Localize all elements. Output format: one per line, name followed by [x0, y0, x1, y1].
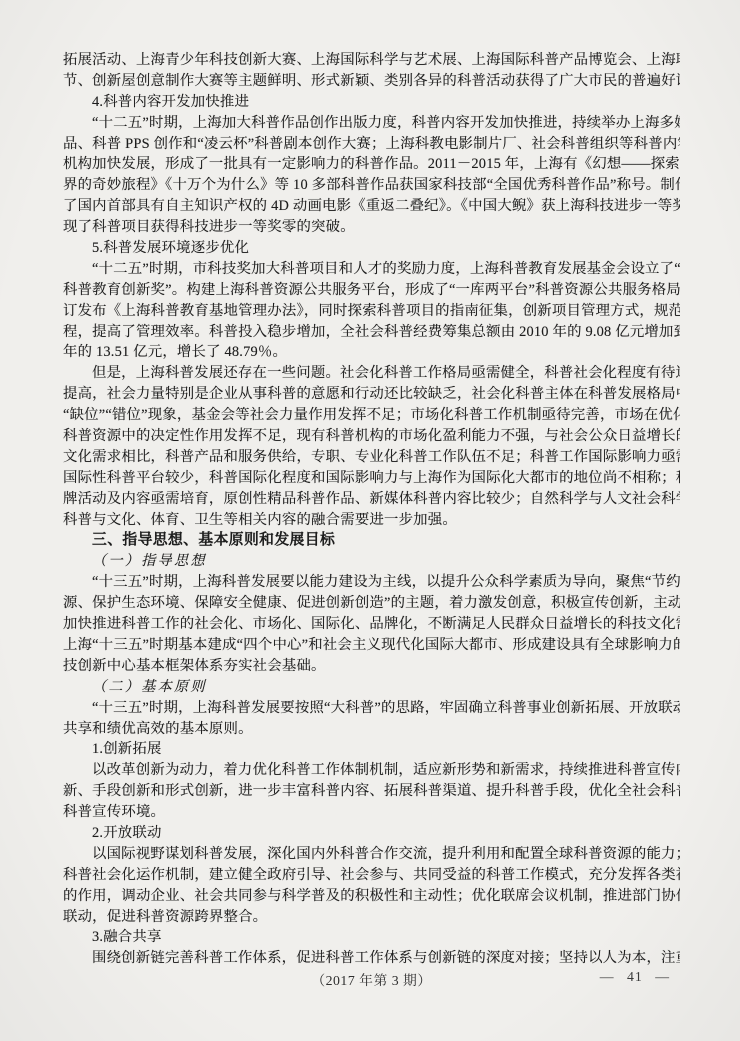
text-line: 界的奇妙旅程》《十万个为什么》等 10 多部科普作品获国家科技部“全国优秀科普作…	[63, 175, 680, 196]
page-footer: （2017 年第 3 期） — 41 —	[63, 969, 680, 990]
text-line: 提高，社会力量特别是企业从事科普的意愿和行动还比较缺乏，社会化科普主体在科普发展…	[63, 384, 680, 405]
numbered-heading: 5.科普发展环境逐步优化	[63, 238, 680, 259]
text-line: 围绕创新链完善科普工作体系，促进科普工作体系与创新链的深度对接；坚持以人为本，注…	[63, 948, 680, 969]
paragraph: 以改革创新为动力，着力优化科普工作体制机制，适应新形势和新需求，持续推进科普宣传…	[63, 760, 680, 823]
numbered-heading: 1.创新拓展	[63, 739, 680, 760]
text-line: 三、指导思想、基本原则和发展目标	[63, 530, 680, 551]
text-line: 2.开放联动	[63, 823, 680, 844]
text-line: 机构加快发展，形成了一批具有一定影响力的科普作品。2011－2015 年，上海有…	[63, 154, 680, 175]
paragraph: 拓展活动、上海青少年科技创新大赛、上海国际科学与艺术展、上海国际科普产品博览会、…	[63, 50, 680, 92]
text-line: 国际性科普平台较少，科普国际化程度和国际影响力与上海作为国际化大都市的地位尚不相…	[63, 468, 680, 489]
text-line: 以国际视野谋划科普发展，深化国内外科普合作交流，提升利用和配置全球科普资源的能力…	[63, 844, 680, 865]
text-line: 牌活动及内容亟需培育，原创性精品科普作品、新媒体科普内容比较少；自然科学与人文社…	[63, 489, 680, 510]
text-line: 了国内首部具有自主知识产权的 4D 动画电影《重返二叠纪》。《中国大鲵》获上海科…	[63, 196, 680, 217]
sub-heading: （一）指导思想	[63, 551, 680, 572]
text-line: 新、手段创新和形式创新，进一步丰富科普内容、拓展科普渠道、提升科普手段，优化全社…	[63, 781, 680, 802]
text-line: 以改革创新为动力，着力优化科普工作体制机制，适应新形势和新需求，持续推进科普宣传…	[63, 760, 680, 781]
text-line: 订发布《上海科普教育基地管理办法》，同时探索科普项目的指南征集，创新项目管理方式…	[63, 301, 680, 322]
text-line: 拓展活动、上海青少年科技创新大赛、上海国际科学与艺术展、上海国际科普产品博览会、…	[63, 50, 680, 71]
text-line: 3.融合共享	[63, 927, 680, 948]
text-line: 科普与文化、体育、卫生等相关内容的融合需要进一步加强。	[63, 510, 680, 531]
text-line: （一）指导思想	[63, 551, 680, 572]
text-line: 现了科普项目获得科技进步一等奖零的突破。	[63, 217, 680, 238]
text-line: 5.科普发展环境逐步优化	[63, 238, 680, 259]
text-line: 上海“十三五”时期基本建成“四个中心”和社会主义现代化国际大都市、形成建设具有全…	[63, 635, 680, 656]
numbered-heading: 2.开放联动	[63, 823, 680, 844]
paragraph: 但是，上海科普发展还存在一些问题。社会化科普工作格局亟需健全，科普社会化程度有待…	[63, 363, 680, 530]
text-line: 文化需求相比，科普产品和服务供给，专职、专业化科普工作队伍不足；科普工作国际影响…	[63, 447, 680, 468]
text-line: 共享和绩优高效的基本原则。	[63, 719, 680, 740]
text-line: 的作用，调动企业、社会共同参与科学普及的积极性和主动性；优化联席会议机制，推进部…	[63, 886, 680, 907]
text-line: 品、科普 PPS 创作和“凌云杯”科普剧本创作大赛；上海科教电影制片厂、社会科普…	[63, 134, 680, 155]
text-line: 年的 13.51 亿元，增长了 48.79％。	[63, 342, 680, 363]
text-line: 加快推进科普工作的社会化、市场化、国际化、品牌化，不断满足人民群众日益增长的科技…	[63, 614, 680, 635]
text-line: 源、保护生态环境、保障安全健康、促进创新创造”的主题，着力激发创意，积极宣传创新…	[63, 593, 680, 614]
text-line: “十三五”时期，上海科普发展要按照“大科普”的思路，牢固确立科普事业创新拓展、开…	[63, 698, 680, 719]
text-line: 节、创新屋创意制作大赛等主题鲜明、形式新颖、类别各异的科普活动获得了广大市民的普…	[63, 71, 680, 92]
text-line: “十三五”时期，上海科普发展要以能力建设为主线，以提升公众科学素质为导向，聚焦“…	[63, 572, 680, 593]
sub-heading: （二）基本原则	[63, 677, 680, 698]
text-line: 科普社会化运作机制，建立健全政府引导、社会参与、共同受益的科普工作模式，充分发挥…	[63, 865, 680, 886]
text-line: 科普教育创新奖”。构建上海科普资源公共服务平台，形成了“一库两平台”科普资源公共…	[63, 280, 680, 301]
page-number: — 41 —	[600, 969, 670, 985]
paragraph: “十三五”时期，上海科普发展要以能力建设为主线，以提升公众科学素质为导向，聚焦“…	[63, 572, 680, 676]
text-line: 4.科普内容开发加快推进	[63, 92, 680, 113]
text-line: 联动，促进科普资源跨界整合。	[63, 907, 680, 928]
text-line: 科普资源中的决定性作用发挥不足，现有科普机构的市场化盈利能力不强，与社会公众日益…	[63, 426, 680, 447]
document-body: 拓展活动、上海青少年科技创新大赛、上海国际科学与艺术展、上海国际科普产品博览会、…	[63, 50, 680, 969]
journal-issue-label: （2017 年第 3 期）	[63, 969, 680, 989]
text-line: （二）基本原则	[63, 677, 680, 698]
text-line: 科普宣传环境。	[63, 802, 680, 823]
paragraph: “十二五”时期，市科技奖加大科普项目和人才的奖励力度，上海科普教育发展基金会设立…	[63, 259, 680, 363]
text-line: 1.创新拓展	[63, 739, 680, 760]
paragraph: 围绕创新链完善科普工作体系，促进科普工作体系与创新链的深度对接；坚持以人为本，注…	[63, 948, 680, 969]
text-line: 但是，上海科普发展还存在一些问题。社会化科普工作格局亟需健全，科普社会化程度有待…	[63, 363, 680, 384]
section-heading: 三、指导思想、基本原则和发展目标	[63, 530, 680, 551]
text-line: “十二五”时期，市科技奖加大科普项目和人才的奖励力度，上海科普教育发展基金会设立…	[63, 259, 680, 280]
text-line: “十二五”时期，上海加大科普作品创作出版力度，科普内容开发加快推进，持续举办上海…	[63, 113, 680, 134]
text-line: “缺位”“错位”现象，基金会等社会力量作用发挥不足；市场化科普工作机制亟待完善，…	[63, 405, 680, 426]
paragraph: “十二五”时期，上海加大科普作品创作出版力度，科普内容开发加快推进，持续举办上海…	[63, 113, 680, 238]
paragraph: “十三五”时期，上海科普发展要按照“大科普”的思路，牢固确立科普事业创新拓展、开…	[63, 698, 680, 740]
numbered-heading: 4.科普内容开发加快推进	[63, 92, 680, 113]
paragraph: 以国际视野谋划科普发展，深化国内外科普合作交流，提升利用和配置全球科普资源的能力…	[63, 844, 680, 928]
numbered-heading: 3.融合共享	[63, 927, 680, 948]
document-page: 拓展活动、上海青少年科技创新大赛、上海国际科学与艺术展、上海国际科普产品博览会、…	[0, 0, 740, 1041]
text-line: 技创新中心基本框架体系夯实社会基础。	[63, 656, 680, 677]
text-line: 程，提高了管理效率。科普投入稳步增加，全社会科普经费筹集总额由 2010 年的 …	[63, 322, 680, 343]
